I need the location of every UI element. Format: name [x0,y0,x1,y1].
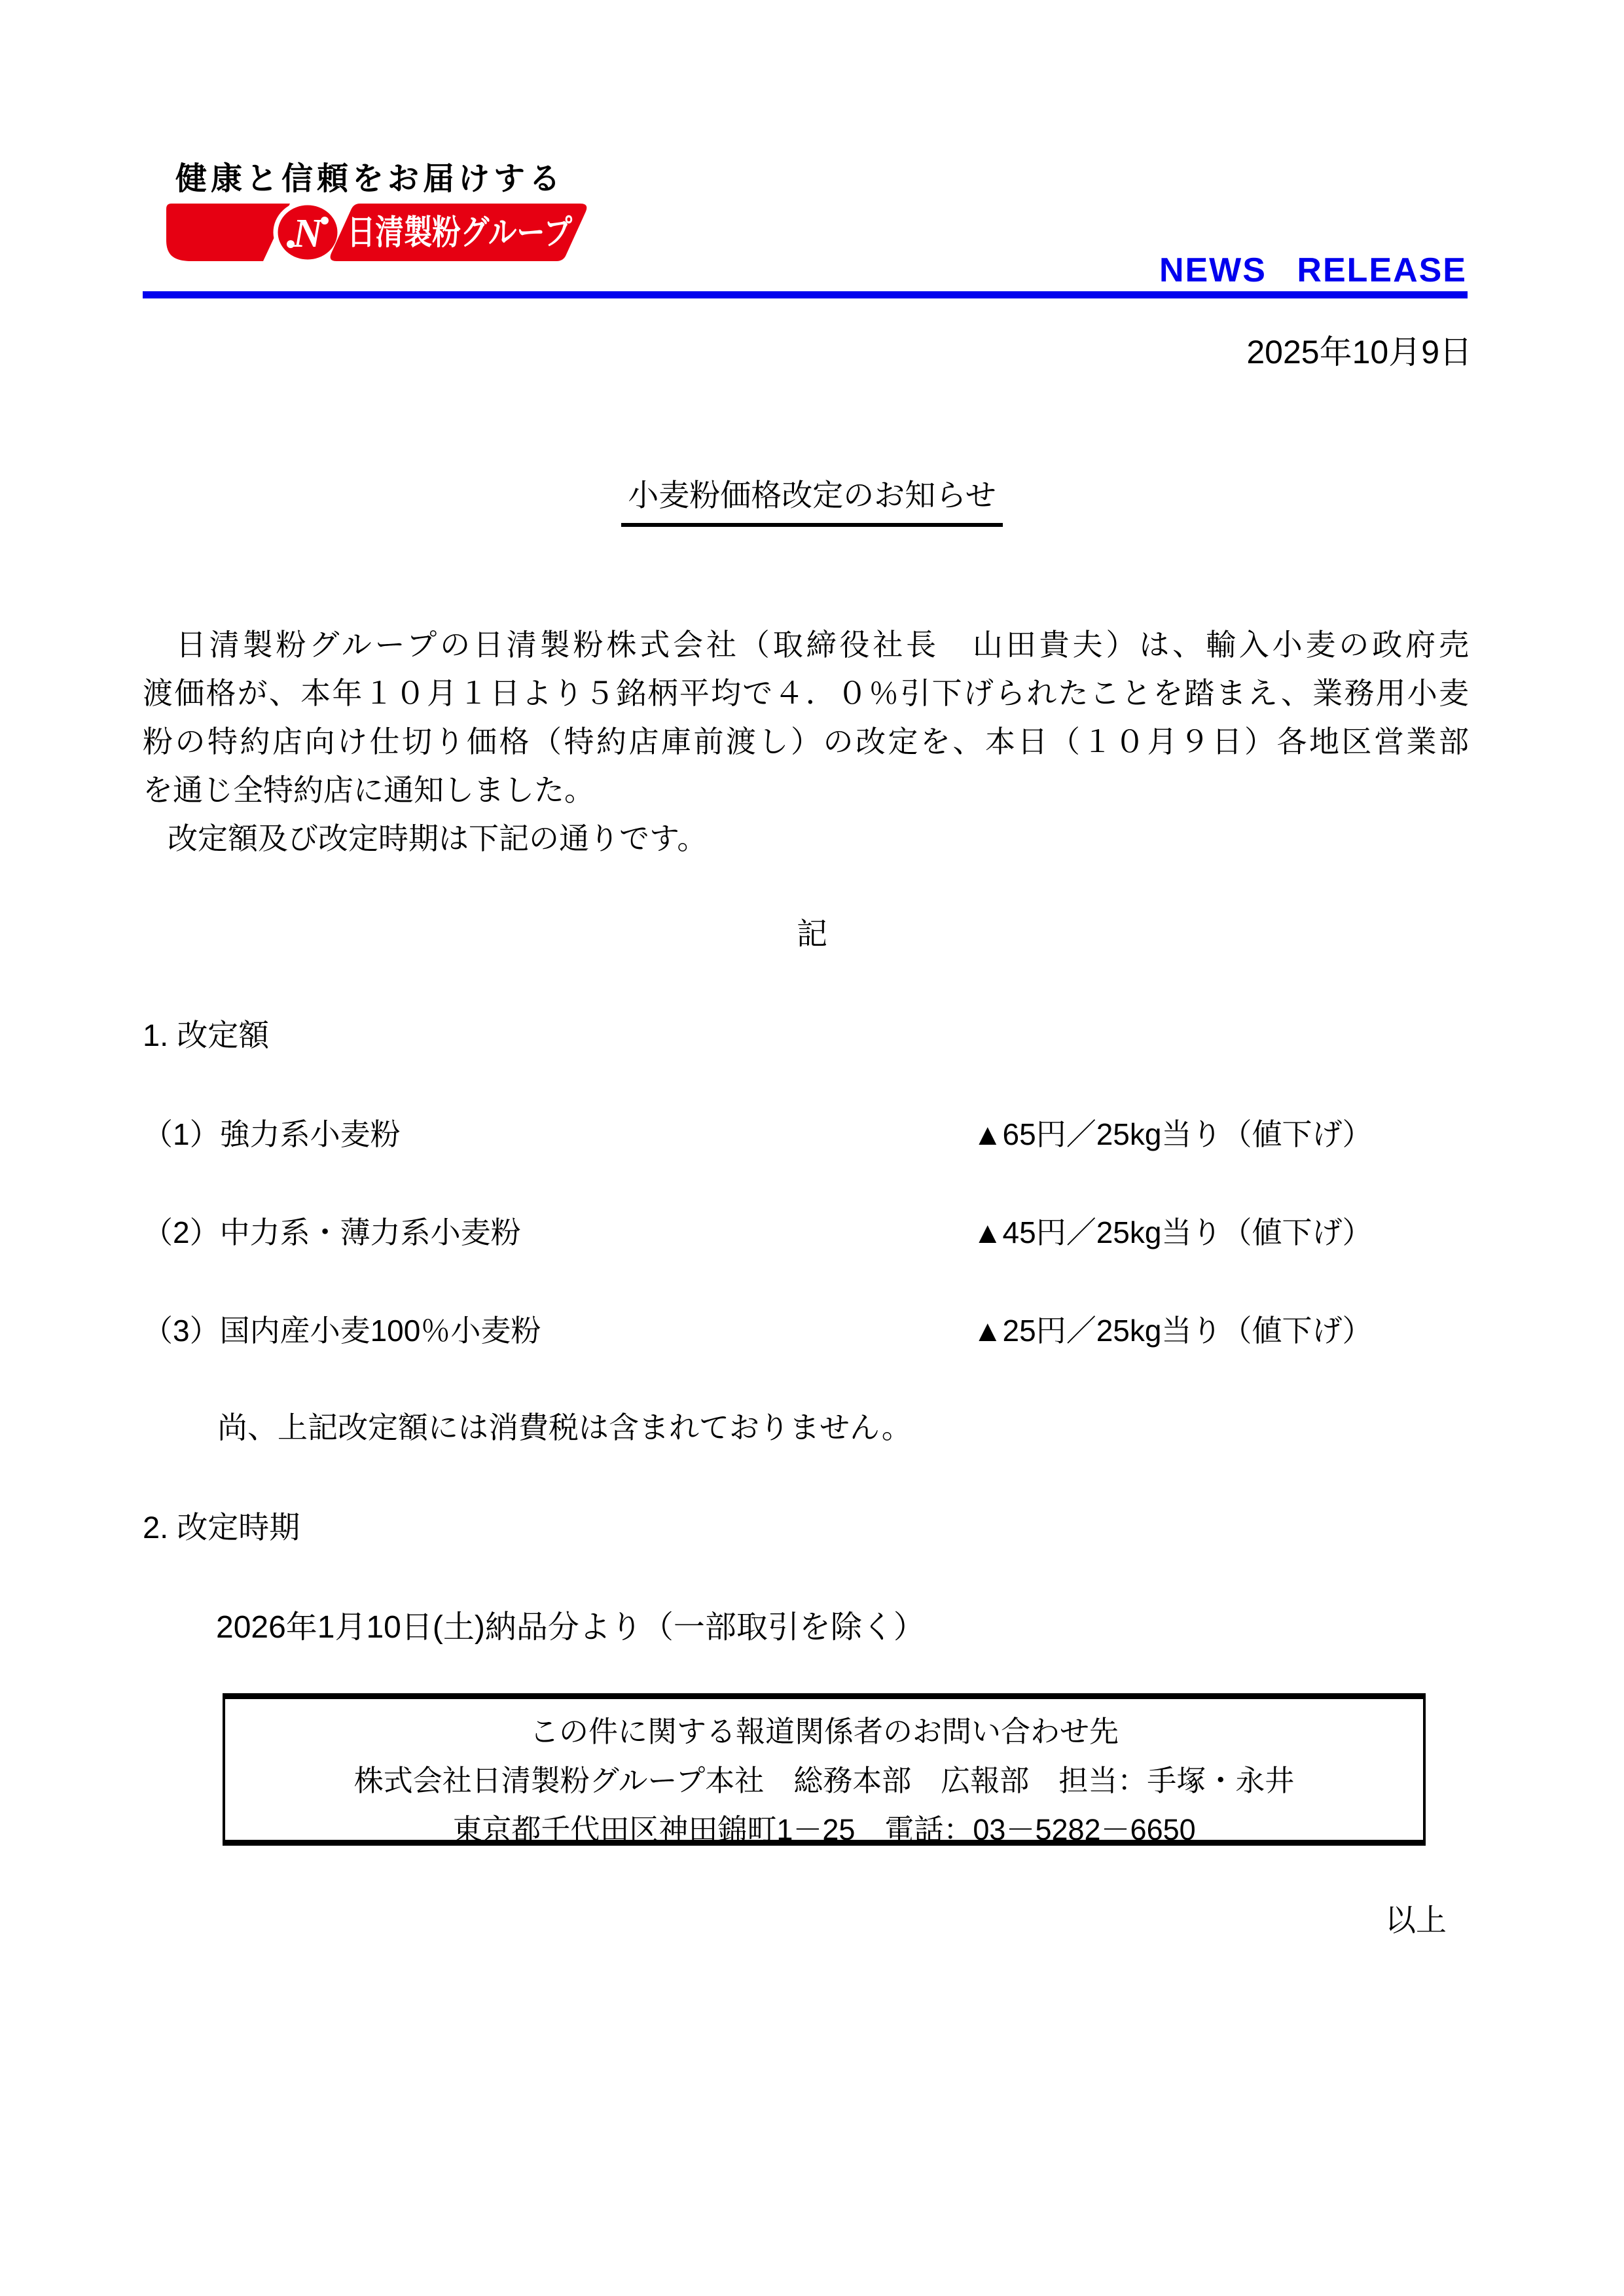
press-release-page: 健康と信頼をお届けする N 日清製粉グループ NEWS RELEASE 2025… [0,0,1624,2296]
news-release-label: NEWS RELEASE [1159,251,1467,290]
body-paragraph: 日清製粉グループの日清製粉株式会社（取締役社長 山田貴夫）は、輸入小麦の政府売 … [143,620,1469,863]
price-item-value: ▲45円／25kg当り（値下げ） [973,1209,1372,1252]
price-item-value: ▲65円／25kg当り（値下げ） [973,1111,1372,1154]
logo-n-ball-left [287,240,295,248]
body-line-3: 粉の特約店向け仕切り価格（特約店庫前渡し）の改定を、本日（１０月９日）各地区営業… [143,717,1469,766]
price-row-domestic-wheat-flour: （3）国内産小麦100％小麦粉 ▲25円／25kg当り（値下げ） [143,1307,1469,1350]
record-marker: 記 [0,910,1624,954]
section-heading-revision-amount: 1. 改定額 [143,1011,269,1055]
document-title: 小麦粉価格改定のお知らせ [621,471,1003,527]
logo-n-mark-icon: N [293,211,324,256]
contact-box-address: 東京都千代田区神田錦町1－25 電話：03－5282－6650 [225,1805,1423,1854]
body-line-2: 渡価格が、本年１０月１日より５銘柄平均で４．０％引下げられたことを踏まえ、業務用… [143,669,1469,717]
contact-box-heading: この件に関する報道関係者のお問い合わせ先 [225,1707,1423,1756]
price-row-medium-soft-flour: （2）中力系・薄力系小麦粉 ▲45円／25kg当り（値下げ） [143,1209,1469,1252]
closing-marker: 以上 [1385,1896,1447,1940]
logo-n-ball-right [321,217,329,224]
body-line-1: 日清製粉グループの日清製粉株式会社（取締役社長 山田貴夫）は、輸入小麦の政府売 [143,620,1469,669]
body-line-5: 改定額及び改定時期は下記の通りです。 [143,814,1469,863]
contact-box-company: 株式会社日清製粉グループ本社 総務本部 広報部 担当：手塚・永井 [225,1756,1423,1805]
release-date: 2025年10月9日 [1246,326,1472,373]
tax-note: 尚、上記改定額には消費税は含まれておりません。 [217,1404,912,1447]
price-row-strong-flour: （1）強力系小麦粉 ▲65円／25kg当り（値下げ） [143,1111,1469,1154]
nisshin-seifun-logo: N 日清製粉グループ [157,200,590,264]
price-item-label: （3）国内産小麦100％小麦粉 [143,1307,541,1350]
section-heading-revision-timing: 2. 改定時期 [143,1503,300,1547]
body-line-4: を通じ全特約店に通知しました。 [143,766,1469,814]
price-item-label: （1）強力系小麦粉 [143,1111,401,1154]
brand-tagline: 健康と信頼をお届けする [175,153,564,198]
logo-graphic: N 日清製粉グループ [157,200,590,264]
logo-ribbon-left [166,204,290,261]
price-item-label: （2）中力系・薄力系小麦粉 [143,1209,521,1252]
document-title-row: 小麦粉価格改定のお知らせ [0,471,1624,527]
header-divider [143,291,1468,298]
logo-wordmark: 日清製粉グループ [347,214,573,252]
press-contact-box: この件に関する報道関係者のお問い合わせ先 株式会社日清製粉グループ本社 総務本部… [223,1693,1426,1846]
price-item-value: ▲25円／25kg当り（値下げ） [973,1307,1372,1350]
revision-timing-detail: 2026年1月10日(土)納品分より（一部取引を除く） [216,1602,925,1647]
